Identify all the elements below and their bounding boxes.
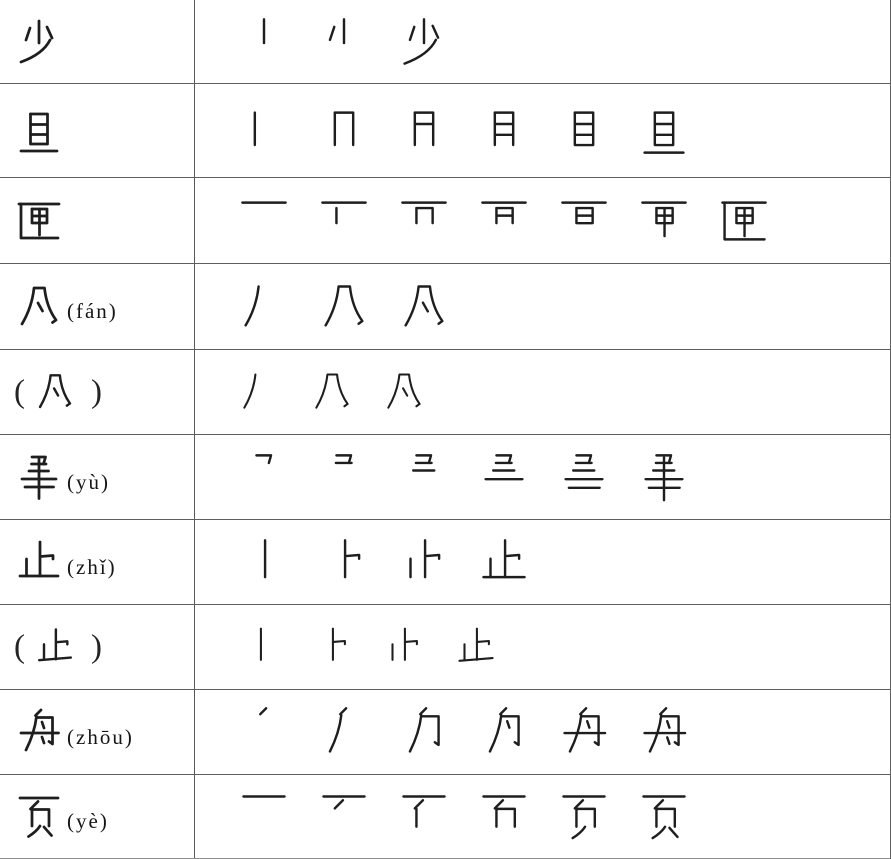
stroke-step-glyph xyxy=(557,104,611,158)
table-row: (zhǐ) xyxy=(0,520,890,605)
character-glyph xyxy=(14,792,64,842)
table-row: (fán) xyxy=(0,264,890,350)
stroke-step-glyph xyxy=(477,705,531,759)
stroke-step-glyph xyxy=(237,535,291,589)
stroke-step-glyph xyxy=(557,790,611,844)
character-glyph xyxy=(14,707,64,757)
character-cell: (yè) xyxy=(0,775,195,858)
character-glyph xyxy=(33,370,77,414)
table-row: () xyxy=(0,350,890,435)
paren-close: ) xyxy=(91,631,102,664)
character-cell: (zhōu) xyxy=(0,690,195,774)
stroke-step-glyph xyxy=(637,705,691,759)
stroke-step-glyph xyxy=(397,280,451,334)
stroke-steps-cell xyxy=(195,605,890,689)
stroke-step-glyph xyxy=(237,369,283,415)
stroke-steps-cell xyxy=(195,775,890,858)
stroke-step-glyph xyxy=(237,450,291,504)
table-row: (yù) xyxy=(0,435,890,520)
pinyin-label: (fán) xyxy=(67,299,118,324)
stroke-step-glyph xyxy=(557,450,611,504)
stroke-step-glyph xyxy=(557,705,611,759)
stroke-step-glyph xyxy=(477,450,531,504)
stroke-step-glyph xyxy=(237,624,283,670)
stroke-steps-cell xyxy=(195,350,890,434)
stroke-steps-cell xyxy=(195,690,890,774)
pinyin-label: (zhōu) xyxy=(67,725,134,750)
stroke-steps-cell xyxy=(195,178,890,263)
stroke-step-glyph xyxy=(637,104,691,158)
table-row xyxy=(0,0,890,84)
stroke-step-glyph xyxy=(381,369,427,415)
character-cell xyxy=(0,84,195,177)
character-cell: (zhǐ) xyxy=(0,520,195,604)
stroke-step-glyph xyxy=(237,280,291,334)
character-cell: (yù) xyxy=(0,435,195,519)
pinyin-label: (yù) xyxy=(67,470,110,495)
table-row xyxy=(0,84,890,178)
stroke-step-glyph xyxy=(237,790,291,844)
stroke-step-glyph xyxy=(309,624,355,670)
stroke-step-glyph xyxy=(397,15,451,69)
paren-open: ( xyxy=(14,376,25,409)
paren-close: ) xyxy=(91,376,102,409)
character-cell xyxy=(0,178,195,263)
stroke-step-glyph xyxy=(637,450,691,504)
stroke-step-glyph xyxy=(397,535,451,589)
stroke-step-glyph xyxy=(317,194,371,248)
stroke-step-glyph xyxy=(557,194,611,248)
stroke-step-glyph xyxy=(317,280,371,334)
character-cell: () xyxy=(0,605,195,689)
pinyin-label: (yè) xyxy=(67,809,109,834)
stroke-step-glyph xyxy=(397,194,451,248)
character-glyph xyxy=(14,106,64,156)
character-glyph xyxy=(14,17,64,67)
stroke-step-glyph xyxy=(381,624,427,670)
stroke-step-glyph xyxy=(317,790,371,844)
stroke-step-glyph xyxy=(477,535,531,589)
table-row: () xyxy=(0,605,890,690)
table-row: (yè) xyxy=(0,775,890,859)
character-glyph xyxy=(14,282,64,332)
stroke-steps-cell xyxy=(195,435,890,519)
stroke-steps-cell xyxy=(195,84,890,177)
pinyin-label: (zhǐ) xyxy=(67,555,117,580)
stroke-step-glyph xyxy=(237,194,291,248)
stroke-step-glyph xyxy=(477,194,531,248)
stroke-steps-cell xyxy=(195,264,890,349)
stroke-step-glyph xyxy=(397,705,451,759)
stroke-step-glyph xyxy=(237,15,291,69)
character-glyph xyxy=(33,625,77,669)
stroke-step-glyph xyxy=(397,104,451,158)
stroke-step-glyph xyxy=(453,624,499,670)
stroke-step-glyph xyxy=(317,705,371,759)
stroke-step-glyph xyxy=(317,104,371,158)
stroke-step-glyph xyxy=(317,450,371,504)
stroke-step-glyph xyxy=(317,15,371,69)
character-glyph xyxy=(14,537,64,587)
stroke-step-glyph xyxy=(717,194,771,248)
stroke-steps-cell xyxy=(195,520,890,604)
character-glyph xyxy=(14,196,64,246)
stroke-step-glyph xyxy=(397,450,451,504)
stroke-step-glyph xyxy=(237,104,291,158)
stroke-order-page: (fán)()(yù)(zhǐ)()(zhōu)(yè) xyxy=(0,0,891,859)
stroke-step-glyph xyxy=(477,790,531,844)
table-row: (zhōu) xyxy=(0,690,890,775)
stroke-step-glyph xyxy=(637,194,691,248)
paren-open: ( xyxy=(14,631,25,664)
stroke-step-glyph xyxy=(309,369,355,415)
stroke-step-glyph xyxy=(237,705,291,759)
stroke-steps-cell xyxy=(195,0,890,83)
character-cell: (fán) xyxy=(0,264,195,349)
character-glyph xyxy=(14,452,64,502)
character-cell: () xyxy=(0,350,195,434)
stroke-step-glyph xyxy=(477,104,531,158)
stroke-step-glyph xyxy=(317,535,371,589)
character-cell xyxy=(0,0,195,83)
stroke-order-table: (fán)()(yù)(zhǐ)()(zhōu)(yè) xyxy=(0,0,890,859)
stroke-step-glyph xyxy=(637,790,691,844)
table-row xyxy=(0,178,890,264)
stroke-step-glyph xyxy=(397,790,451,844)
